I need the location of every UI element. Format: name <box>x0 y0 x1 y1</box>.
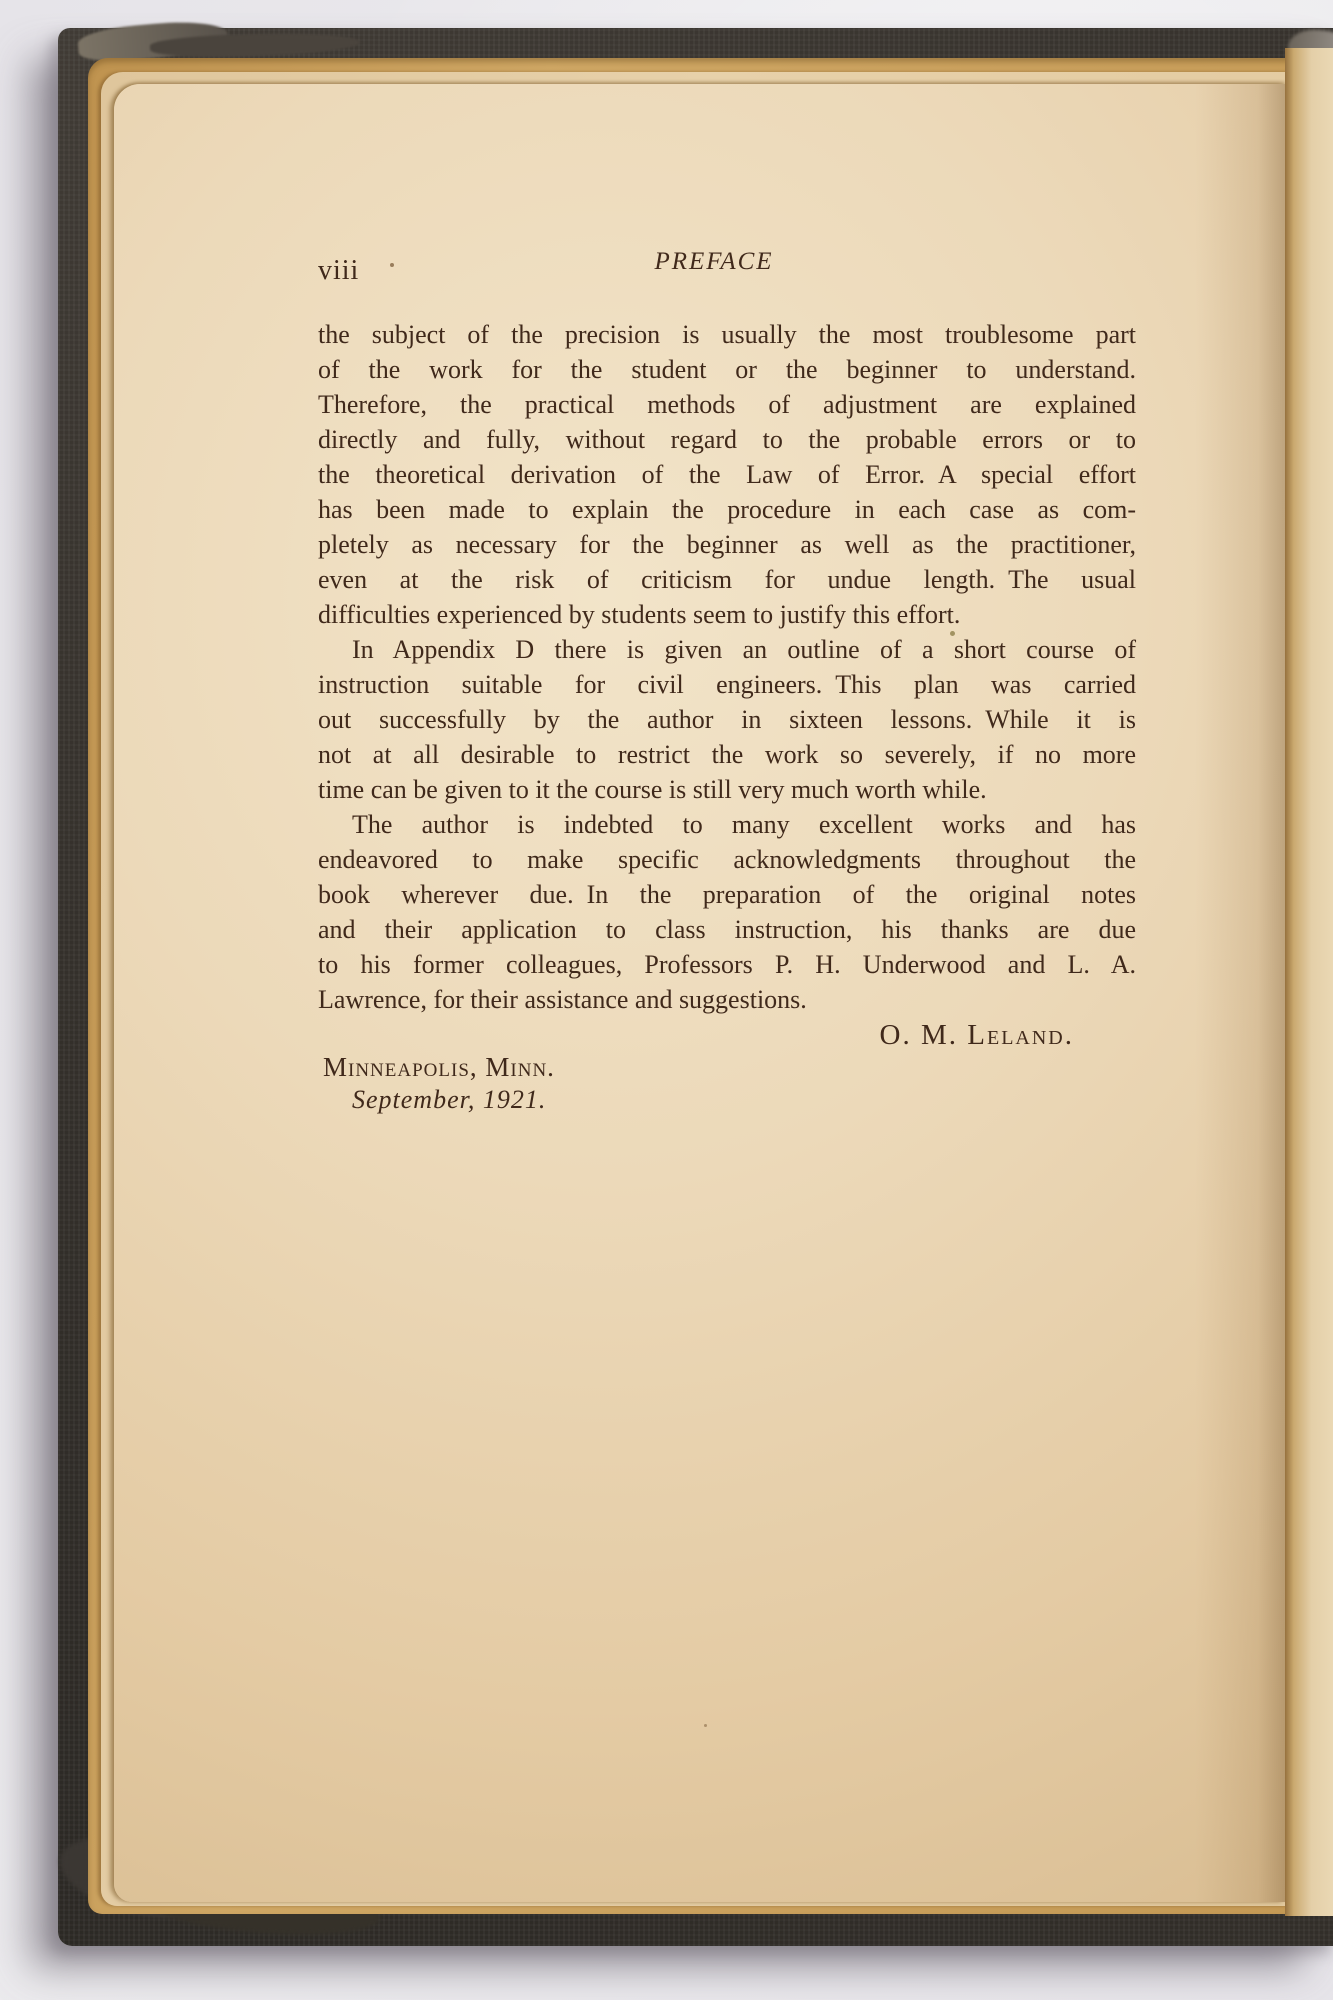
text-line: difficulties experienced by students see… <box>318 597 1136 632</box>
book: viii PREFACE the subject of the precisio… <box>0 0 1333 2000</box>
text-line: time can be given to it the course is st… <box>318 772 1136 807</box>
text-line: not at all desirable to restrict the wor… <box>318 737 1136 772</box>
page-header: viii PREFACE <box>318 248 1136 298</box>
text-line: In Appendix D there is given an outline … <box>318 632 1136 667</box>
place-line: Minneapolis, Minn. <box>323 1052 555 1083</box>
running-header: PREFACE <box>318 248 1110 276</box>
text-line: has been made to explain the procedure i… <box>318 492 1136 527</box>
text-line: out successfully by the author in sixtee… <box>318 702 1136 737</box>
text-line: to his former colleagues, Professors P. … <box>318 947 1136 982</box>
text-line: Therefore, the practical methods of adju… <box>318 387 1136 422</box>
text-line: directly and fully, without regard to th… <box>318 422 1136 457</box>
text-line: The author is indebted to many excellent… <box>318 807 1136 842</box>
text-line: even at the risk of criticism for undue … <box>318 562 1136 597</box>
author-signature: O. M. Leland. <box>880 1019 1074 1052</box>
text-line: and their application to class instructi… <box>318 912 1136 947</box>
text-line: the theoretical derivation of the Law of… <box>318 457 1136 492</box>
text-line: of the work for the student or the begin… <box>318 352 1136 387</box>
text-line: endeavored to make specific acknowledgme… <box>318 842 1136 877</box>
text-line: Lawrence, for their assistance and sugge… <box>318 982 1136 1017</box>
text-line: pletely as necessary for the beginner as… <box>318 527 1136 562</box>
paper-speck <box>704 1724 707 1727</box>
text-line: instruction suitable for civil engineers… <box>318 667 1136 702</box>
body-paragraphs: the subject of the precision is usually … <box>318 317 1136 1017</box>
date-line: September, 1921. <box>352 1085 546 1115</box>
book-page: viii PREFACE the subject of the precisio… <box>114 84 1285 1902</box>
facing-page-gutter <box>1285 48 1333 1916</box>
text-line: book wherever due. In the preparation of… <box>318 877 1136 912</box>
gutter-shading <box>1195 84 1285 1902</box>
page-content: viii PREFACE the subject of the precisio… <box>318 248 1136 1348</box>
text-line: the subject of the precision is usually … <box>318 317 1136 352</box>
